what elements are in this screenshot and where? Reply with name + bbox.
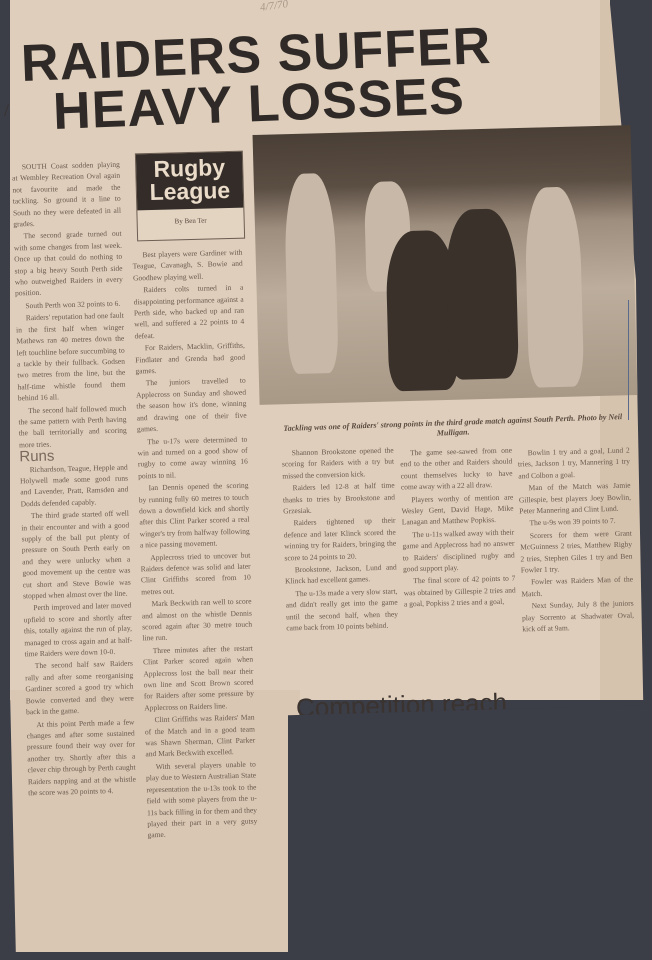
paragraph: Ian Dennis opened the scoring by running… — [138, 480, 250, 551]
paragraph: Brookstone, Jackson, Lund and Klinck had… — [285, 562, 398, 588]
backing-board — [288, 705, 652, 960]
paragraph: Shannon Brookstone opened the scoring fo… — [282, 445, 395, 482]
paragraph: Fowler was Raiders Man of the Match. — [521, 574, 634, 600]
paragraph: At this point Perth made a few changes a… — [26, 716, 136, 799]
paragraph: Scorers for them were Grant McGuinness 2… — [520, 527, 633, 576]
article-column-1: SOUTH Coast sodden playing at Wembley Re… — [12, 159, 137, 800]
paragraph: Three minutes after the restart Clint Pa… — [143, 642, 255, 713]
paragraph: Man of the Match was Jamie Gillespie, be… — [518, 480, 631, 517]
blue-pen-line — [628, 300, 629, 420]
article-column-2: Best players were Gardiner with Teague, … — [132, 247, 257, 842]
paragraph: The u-17s were determined to win and tur… — [137, 433, 248, 481]
paragraph: Next Sunday, July 8 the juniors play Sor… — [522, 598, 635, 635]
paragraph: The second half saw Raiders rally and af… — [25, 658, 134, 718]
paragraph: Players worthy of mention are Wesley Gen… — [401, 491, 514, 528]
paragraph: The u-13s made a very slow start, and di… — [285, 585, 398, 634]
paragraph: The game see-sawed from one end to the o… — [400, 445, 513, 494]
paragraph: Perth improved and later moved upfield t… — [23, 600, 132, 660]
byline: By Ben Ter — [137, 208, 243, 227]
section-title-line-2: League — [139, 179, 242, 205]
player-figure — [445, 208, 519, 380]
article-column-4: The game see-sawed from one end to the o… — [400, 445, 516, 612]
section-label-box: Rugby League By Ben Ter — [135, 151, 245, 242]
paragraph: Applecross tried to uncover but Raiders … — [140, 549, 251, 597]
paragraph: Richardson, Teague, Hepple and Holywell … — [20, 461, 129, 509]
paragraph: The juniors travelled to Applecross on S… — [136, 375, 247, 435]
paragraph: For Raiders, Macklin, Griffiths, Findlat… — [135, 340, 246, 377]
paragraph: With several players unable to play due … — [146, 758, 258, 841]
article-column-3: Shannon Brookstone opened the scoring fo… — [282, 445, 399, 635]
paragraph: Mark Beckwith ran well to score and almo… — [141, 596, 252, 644]
player-figure — [284, 173, 339, 374]
paragraph: The second half followed much the same p… — [18, 402, 127, 450]
paragraph: The u-11s walked away with their game an… — [402, 526, 515, 575]
pen-tick-mark: / — [4, 100, 9, 121]
paragraph: Bowlin 1 try and a goal, Lund 2 tries, J… — [518, 445, 631, 482]
paragraph: Raiders led 12-8 at half time thanks to … — [282, 480, 395, 517]
match-photo — [253, 125, 638, 405]
paragraph: SOUTH Coast sodden playing at Wembley Re… — [12, 159, 122, 230]
paragraph: Raiders' reputation had one fault in the… — [16, 310, 126, 404]
paragraph: The final score of 42 points to 7 was ob… — [403, 573, 516, 610]
paragraph: Clint Griffiths was Raiders' Man of the … — [144, 712, 255, 760]
section-title: Rugby League — [136, 152, 243, 211]
article-column-5: Bowlin 1 try and a goal, Lund 2 tries, J… — [518, 445, 635, 636]
paragraph: Best players were Gardiner with Teague, … — [132, 247, 243, 284]
paragraph: The second grade turned out with some ch… — [13, 228, 123, 299]
player-figure — [524, 186, 584, 387]
paragraph: Raiders tightened up their defence and l… — [283, 515, 396, 564]
paragraph: Raiders colts turned in a disappointing … — [133, 282, 244, 342]
paragraph: The third grade started off well in thei… — [21, 508, 131, 602]
